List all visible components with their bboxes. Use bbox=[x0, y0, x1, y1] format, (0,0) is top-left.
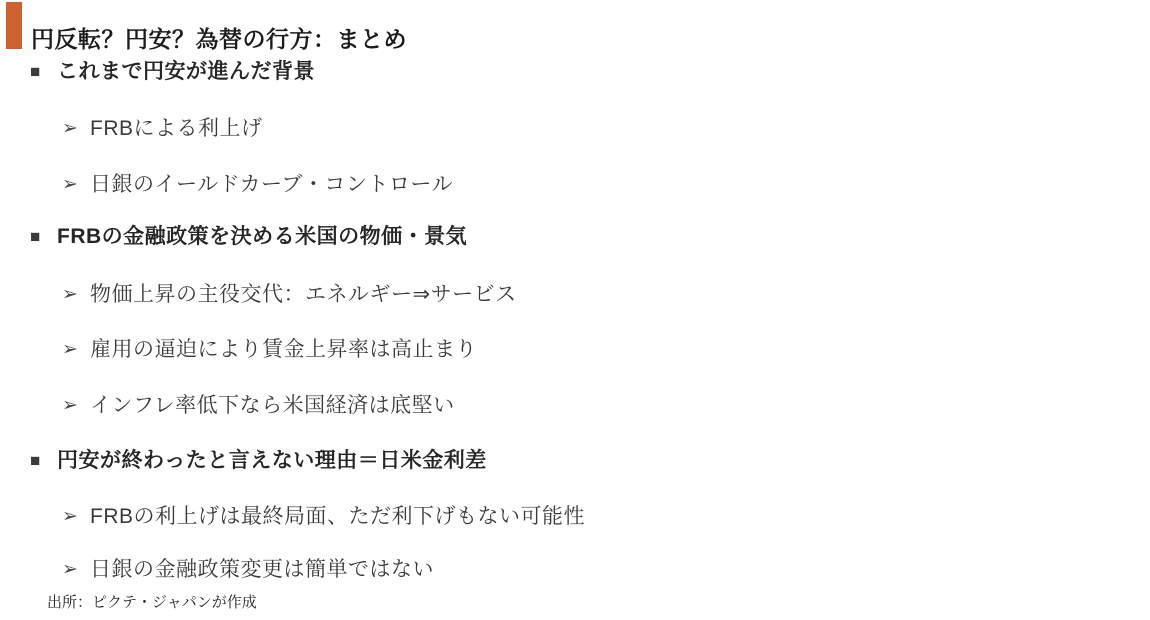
section-heading-text: FRBの金融政策を決める米国の物価・景気 bbox=[57, 223, 467, 251]
bullet-item-row: ➢ FRBの利上げは最終局面、ただ利下げもない可能性 bbox=[62, 503, 585, 531]
bullet-item-text: 雇用の逼迫により賃金上昇率は高止まり bbox=[90, 336, 477, 364]
bullet-item-text: 日銀の金融政策変更は簡単ではない bbox=[90, 556, 434, 584]
section-heading-row: ■ FRBの金融政策を決める米国の物価・景気 bbox=[30, 223, 467, 251]
square-bullet-icon: ■ bbox=[30, 223, 57, 251]
bullet-item-text: 物価上昇の主役交代：エネルギー⇒サービス bbox=[90, 281, 517, 309]
bullet-item-text: FRBによる利上げ bbox=[90, 115, 263, 143]
bullet-item-text: インフレ率低下なら米国経済は底堅い bbox=[90, 392, 455, 420]
bullet-item-row: ➢ 日銀の金融政策変更は簡単ではない bbox=[62, 556, 434, 584]
title-accent-bar bbox=[6, 2, 22, 49]
square-bullet-icon: ■ bbox=[30, 58, 57, 86]
section-heading-text: 円安が終わったと言えない理由＝日米金利差 bbox=[57, 447, 487, 475]
square-bullet-icon: ■ bbox=[30, 447, 57, 475]
section-heading-row: ■ 円安が終わったと言えない理由＝日米金利差 bbox=[30, 447, 487, 475]
summary-slide: 円反転？円安？為替の行方：まとめ ■ これまで円安が進んだ背景 ➢ FRBによる… bbox=[0, 0, 1150, 620]
arrow-bullet-icon: ➢ bbox=[62, 556, 90, 584]
bullet-item-row: ➢ 物価上昇の主役交代：エネルギー⇒サービス bbox=[62, 281, 517, 309]
source-note: 出所：ピクテ・ジャパンが作成 bbox=[47, 593, 257, 613]
arrow-bullet-icon: ➢ bbox=[62, 115, 90, 143]
arrow-bullet-icon: ➢ bbox=[62, 281, 90, 309]
bullet-item-row: ➢ 雇用の逼迫により賃金上昇率は高止まり bbox=[62, 336, 477, 364]
arrow-bullet-icon: ➢ bbox=[62, 336, 90, 364]
page-title: 円反転？円安？為替の行方：まとめ bbox=[31, 24, 407, 54]
section-heading-text: これまで円安が進んだ背景 bbox=[57, 58, 315, 86]
bullet-item-row: ➢ 日銀のイールドカーブ・コントロール bbox=[62, 171, 453, 199]
section-heading-row: ■ これまで円安が進んだ背景 bbox=[30, 58, 315, 86]
bullet-item-text: FRBの利上げは最終局面、ただ利下げもない可能性 bbox=[90, 503, 585, 531]
bullet-item-row: ➢ FRBによる利上げ bbox=[62, 115, 263, 143]
arrow-bullet-icon: ➢ bbox=[62, 503, 90, 531]
bullet-item-row: ➢ インフレ率低下なら米国経済は底堅い bbox=[62, 392, 455, 420]
bullet-item-text: 日銀のイールドカーブ・コントロール bbox=[90, 171, 453, 199]
arrow-bullet-icon: ➢ bbox=[62, 392, 90, 420]
arrow-bullet-icon: ➢ bbox=[62, 171, 90, 199]
